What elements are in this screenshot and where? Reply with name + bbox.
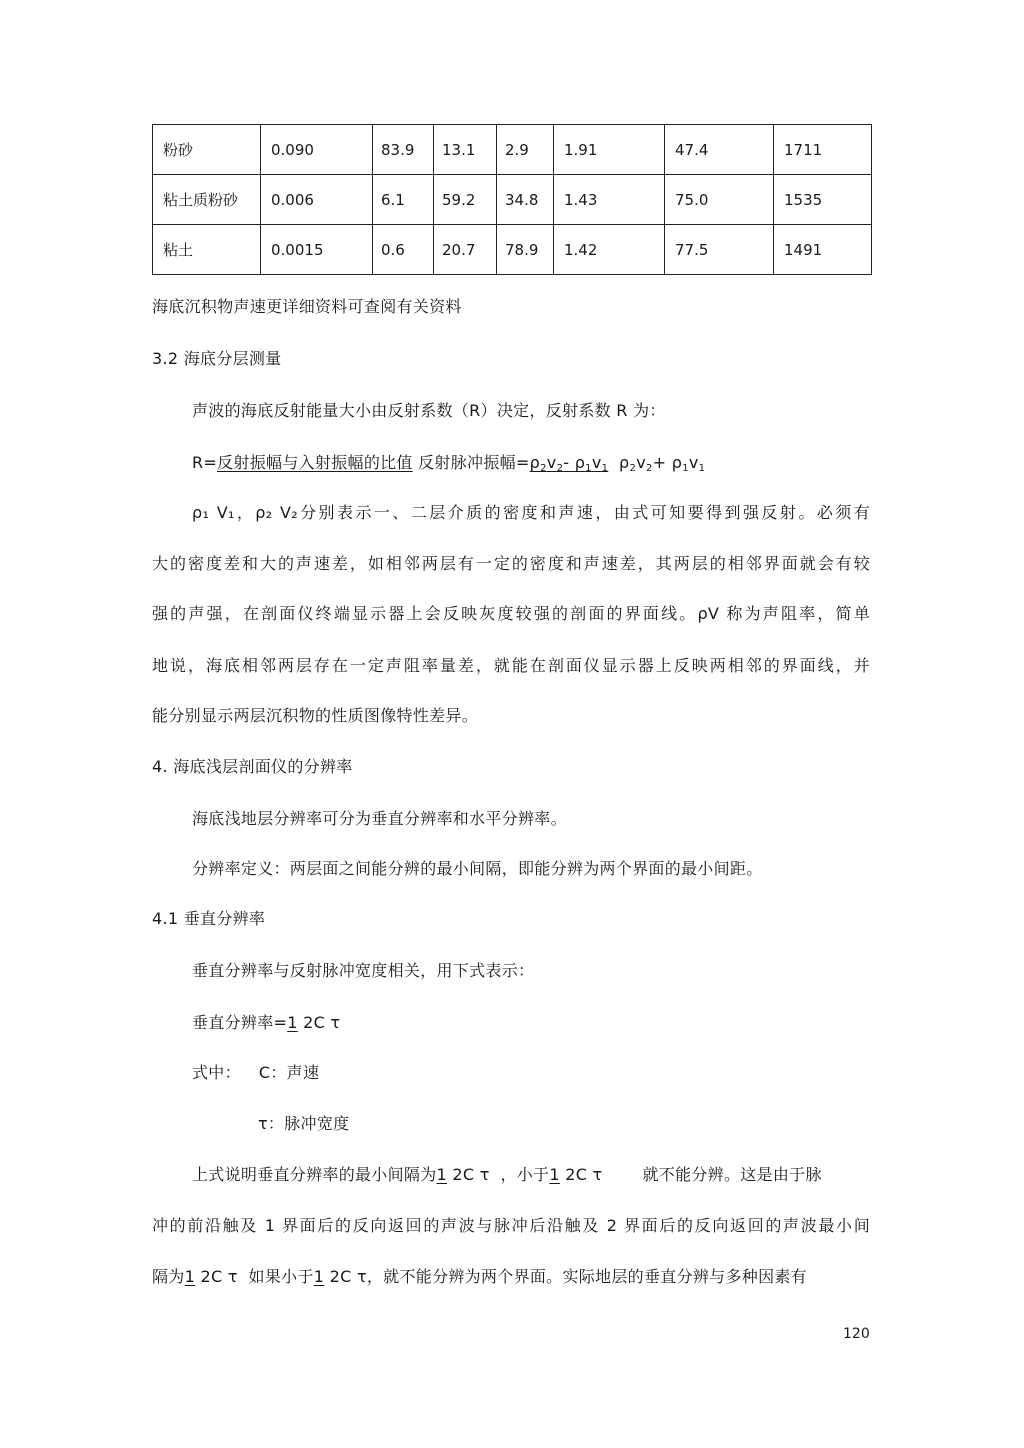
paragraph-line: 强的声强，在剖面仪终端显示器上会反映灰度较强的剖面的界面线。ρV 称为声阻率，简… xyxy=(152,603,870,625)
formula-numerator: ρ2v2- ρ1v1 xyxy=(530,453,609,472)
formula-definition: 反射振幅与入射振幅的比值 xyxy=(217,453,413,472)
paragraph-line: 大的密度差和大的声速差，如相邻两层有一定的密度和声速差，其两层的相邻界面就会有较 xyxy=(152,553,870,575)
text-span: 上式说明垂直分辨率的最小间隔为 xyxy=(192,1165,437,1184)
document-page: 粉砂0.09083.913.12.91.9147.41711粘土质粉砂0.006… xyxy=(0,0,1024,1448)
paragraph-line: ρ₁ V₁，ρ₂ V₂分别表示一、二层介质的密度和声速，由式可知要得到强反射。必… xyxy=(192,502,870,524)
formula-middle: 反射脉冲振幅= xyxy=(413,453,530,472)
table-cell: 2.9 xyxy=(497,125,554,175)
fraction-numerator: 1 xyxy=(185,1267,195,1286)
table-cell: 20.7 xyxy=(434,225,497,275)
where-c: C：声速 xyxy=(259,1063,319,1082)
table-cell: 粘土 xyxy=(153,225,261,275)
table-cell: 1711 xyxy=(774,125,872,175)
note-text: 海底沉积物声速更详细资料可查阅有关资料 xyxy=(152,296,462,318)
table-cell: 0.006 xyxy=(261,175,373,225)
table-cell: 75.0 xyxy=(665,175,774,225)
section-4-1-intro: 垂直分辨率与反射脉冲宽度相关，用下式表示： xyxy=(192,960,534,982)
fraction-rest: 2C τ xyxy=(324,1267,367,1286)
page-number: 120 xyxy=(843,1326,870,1342)
table-cell: 0.6 xyxy=(373,225,434,275)
table-cell: 1491 xyxy=(774,225,872,275)
table-cell: 47.4 xyxy=(665,125,774,175)
text-span: ，就不能分辨为两个界面。实际地层的垂直分辨与多种因素有 xyxy=(367,1267,807,1286)
section-3-2-heading: 3.2 海底分层测量 xyxy=(152,348,282,370)
table-cell: 59.2 xyxy=(434,175,497,225)
table-cell: 粉砂 xyxy=(153,125,261,175)
table-cell: 34.8 xyxy=(497,175,554,225)
text-span: 隔为 xyxy=(152,1267,185,1286)
text-span: 如果小于 xyxy=(249,1267,314,1286)
formula-prefix: 垂直分辨率= xyxy=(192,1013,287,1032)
fraction-numerator: 1 xyxy=(549,1165,559,1184)
section-4-heading: 4. 海底浅层剖面仪的分辨率 xyxy=(152,756,353,778)
paragraph-line: 能分别显示两层沉积物的性质图像特性差异。 xyxy=(152,705,478,727)
fraction-rest: 2C τ xyxy=(195,1267,238,1286)
formula-denominator: ρ2v2+ ρ1v1 xyxy=(608,453,705,472)
formula-numerator: 1 xyxy=(287,1013,297,1032)
table-row: 粘土0.00150.620.778.91.4277.51491 xyxy=(153,225,872,275)
sediment-data-table: 粉砂0.09083.913.12.91.9147.41711粘土质粉砂0.006… xyxy=(152,124,872,275)
table-cell: 78.9 xyxy=(497,225,554,275)
fraction-rest: 2C τ xyxy=(560,1165,603,1184)
table-cell: 1.43 xyxy=(554,175,665,225)
table-cell: 1.42 xyxy=(554,225,665,275)
section-3-2-intro: 声波的海底反射能量大小由反射系数（R）决定，反射系数 R 为： xyxy=(192,400,666,422)
section-4-line: 分辨率定义：两层面之间能分辨的最小间隔，即能分辨为两个界面的最小间距。 xyxy=(192,858,763,880)
where-label: 式中： xyxy=(192,1063,241,1082)
formula-rest: 2C τ xyxy=(298,1013,341,1032)
table-cell: 0.0015 xyxy=(261,225,373,275)
paragraph-line: 隔为1 2C τ 如果小于1 2C τ，就不能分辨为两个界面。实际地层的垂直分辨… xyxy=(152,1266,807,1288)
fraction-rest: 2C τ xyxy=(447,1165,490,1184)
table-cell: 83.9 xyxy=(373,125,434,175)
table-cell: 6.1 xyxy=(373,175,434,225)
table-cell: 1.91 xyxy=(554,125,665,175)
table-row: 粉砂0.09083.913.12.91.9147.41711 xyxy=(153,125,872,175)
text-span: ，小于 xyxy=(500,1165,549,1184)
table-cell: 13.1 xyxy=(434,125,497,175)
text-span: 就不能分辨。这是由于脉 xyxy=(642,1165,821,1184)
paragraph-line: 上式说明垂直分辨率的最小间隔为1 2C τ ，小于1 2C τ就不能分辨。这是由… xyxy=(192,1164,822,1186)
table-cell: 0.090 xyxy=(261,125,373,175)
fraction-numerator: 1 xyxy=(437,1165,447,1184)
table-cell: 粘土质粉砂 xyxy=(153,175,261,225)
where-tau: τ：脉冲宽度 xyxy=(258,1113,349,1135)
reflection-coefficient-formula: R=反射振幅与入射振幅的比值 反射脉冲振幅=ρ2v2- ρ1v1 ρ2v2+ ρ… xyxy=(192,452,705,480)
where-line: 式中：C：声速 xyxy=(192,1062,319,1084)
fraction-numerator: 1 xyxy=(314,1267,324,1286)
table-cell: 1535 xyxy=(774,175,872,225)
section-4-1-heading: 4.1 垂直分辨率 xyxy=(152,908,265,930)
table-cell: 77.5 xyxy=(665,225,774,275)
section-4-line: 海底浅地层分辨率可分为垂直分辨率和水平分辨率。 xyxy=(192,808,567,830)
formula-prefix: R= xyxy=(192,453,217,472)
table-row: 粘土质粉砂0.0066.159.234.81.4375.01535 xyxy=(153,175,872,225)
paragraph-line: 冲的前沿触及 1 界面后的反向返回的声波与脉冲后沿触及 2 界面后的反向返回的声… xyxy=(152,1215,870,1237)
vertical-resolution-formula: 垂直分辨率=1 2C τ xyxy=(192,1012,340,1034)
paragraph-line: 地说，海底相邻两层存在一定声阻率量差，就能在剖面仪显示器上反映两相邻的界面线，并 xyxy=(152,655,870,677)
